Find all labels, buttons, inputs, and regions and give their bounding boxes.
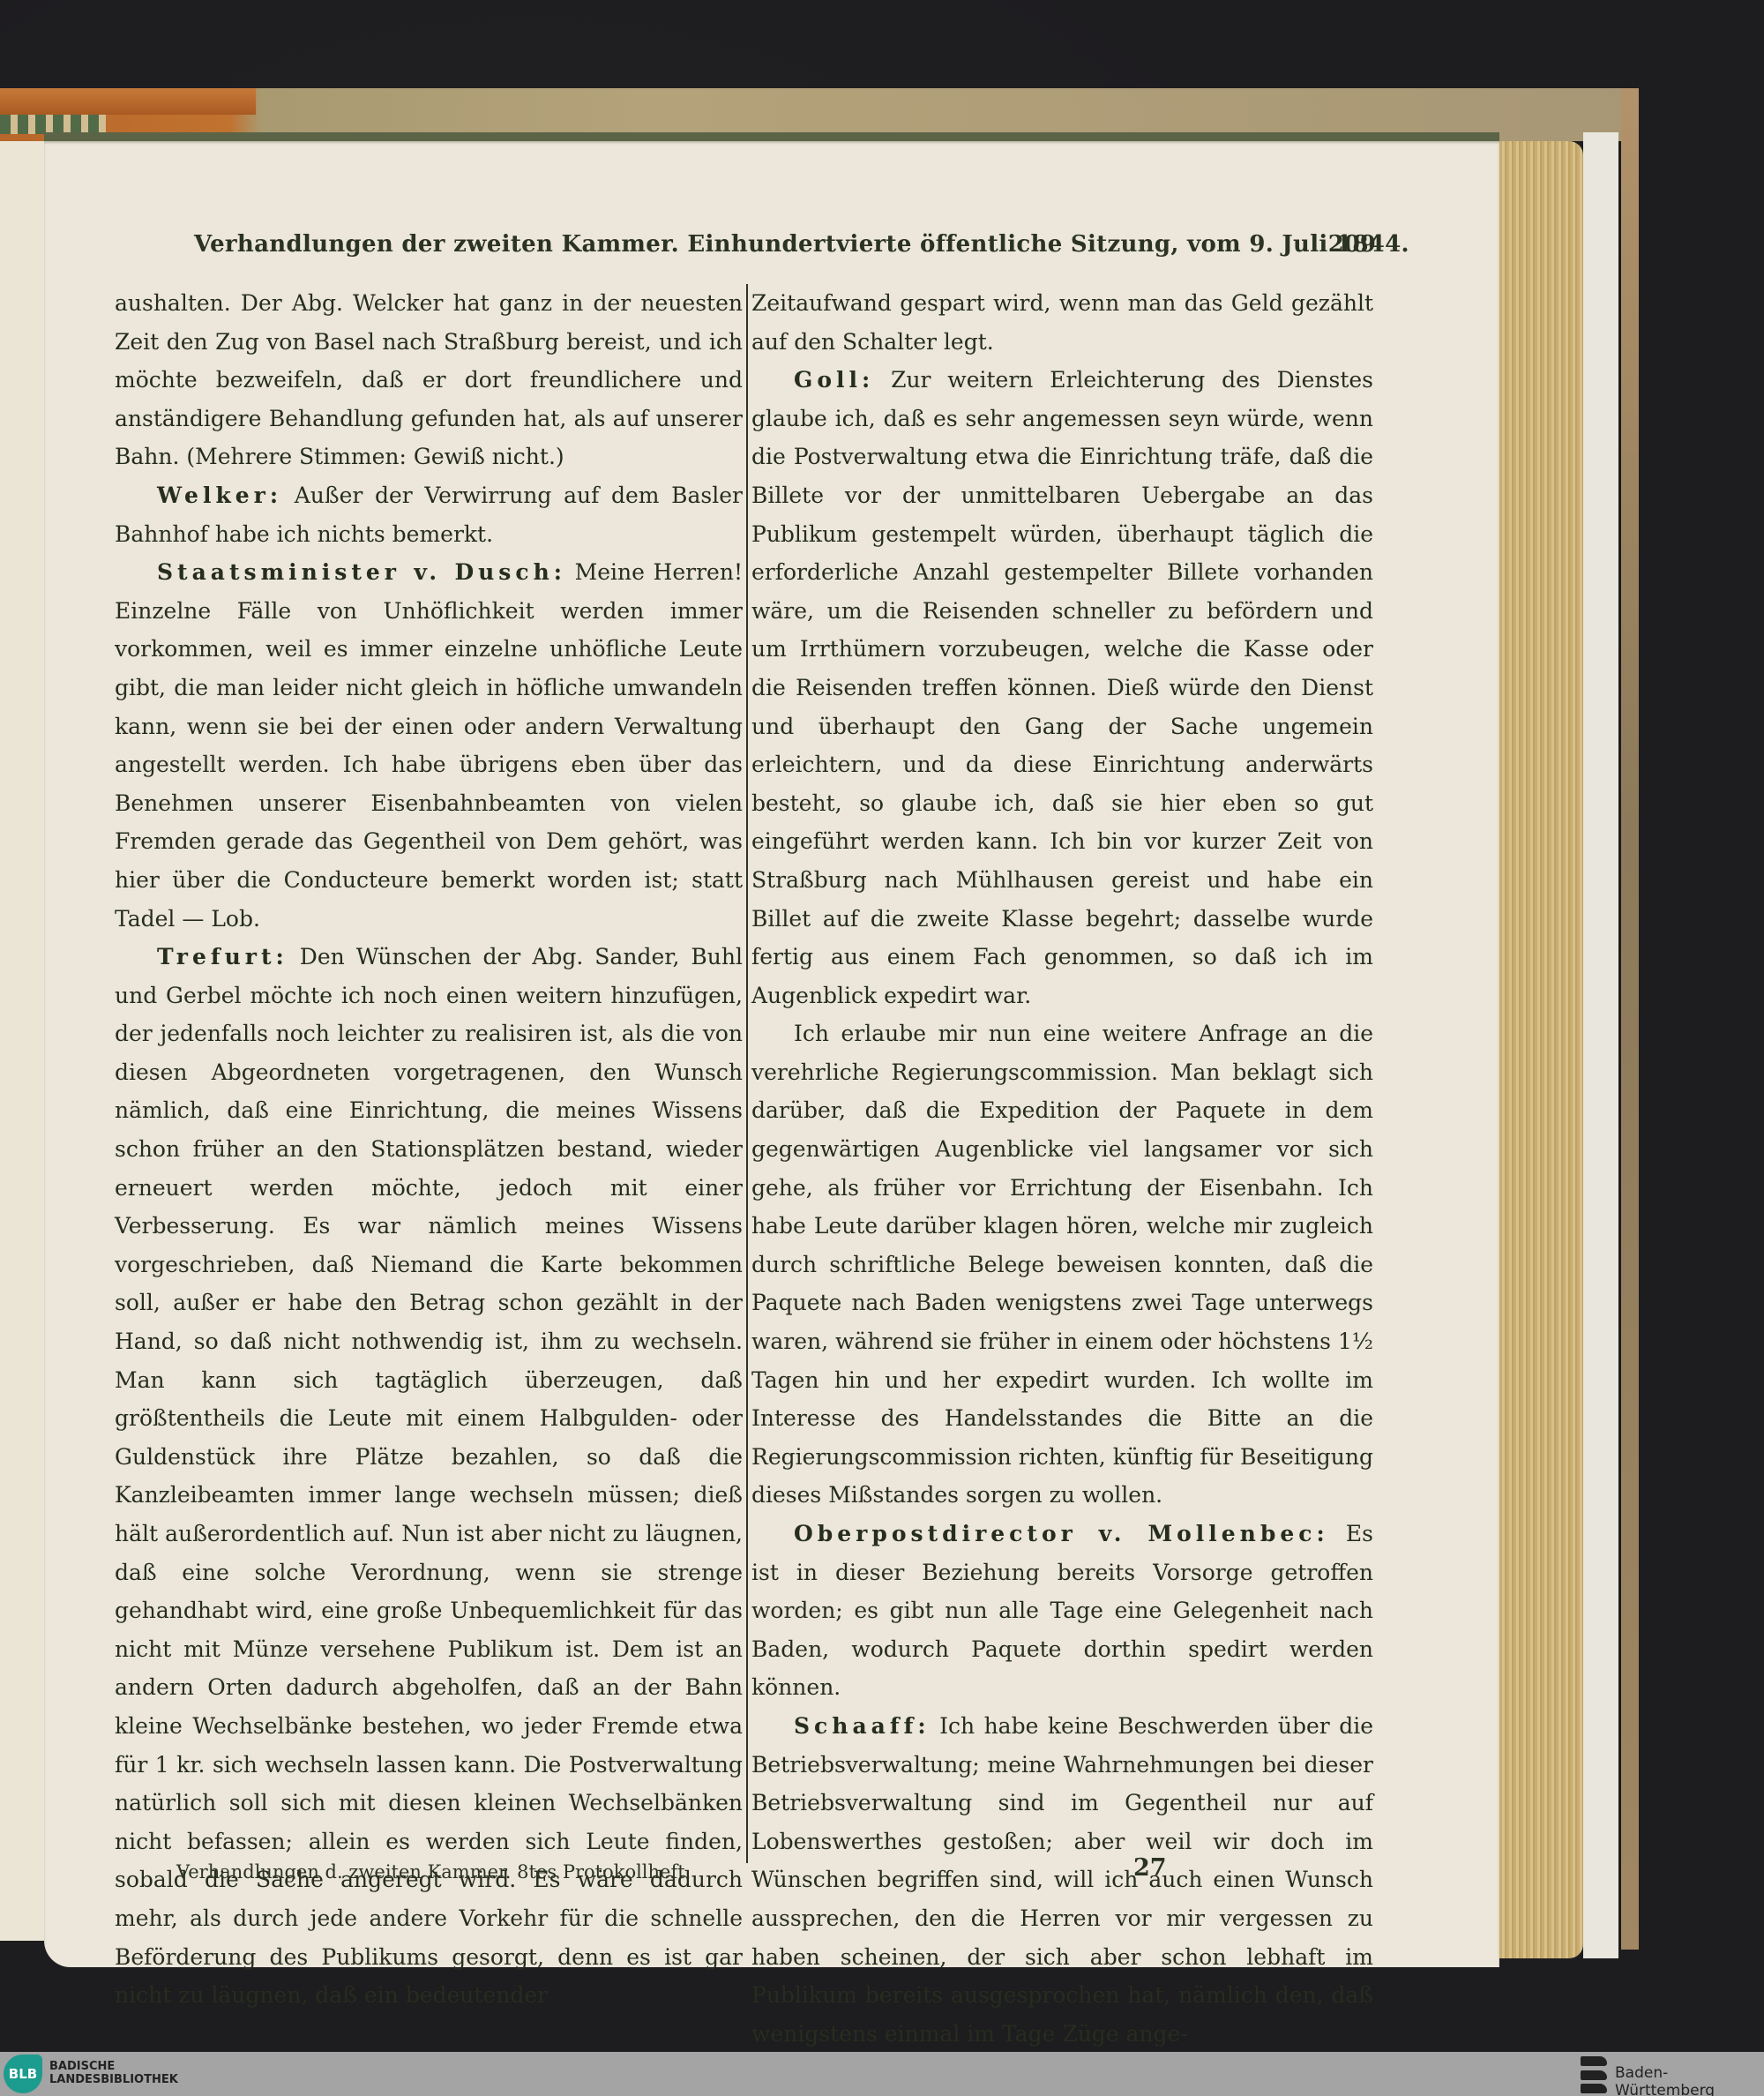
paragraph-text: Meine Herren! Einzelne Fälle von Unhöfli… bbox=[115, 559, 743, 931]
speaker-name: Goll: bbox=[794, 367, 874, 393]
paragraph: Zeitaufwand gespart wird, wenn man das G… bbox=[751, 284, 1373, 361]
running-head: Verhandlungen der zweiten Kammer. Einhun… bbox=[194, 231, 1376, 266]
speaker-name: Schaaff: bbox=[794, 1713, 931, 1739]
column-divider bbox=[746, 284, 748, 1863]
speaker-name: Welker: bbox=[157, 483, 282, 508]
library-name-line1: BADISCHE bbox=[49, 2060, 178, 2073]
page-block-edges bbox=[1499, 141, 1583, 1958]
paragraph: Trefurt: Den Wünschen der Abg. Sander, B… bbox=[115, 938, 743, 2015]
paragraph-text: Ich erlaube mir nun eine weitere Anfrage… bbox=[751, 1021, 1373, 1508]
speaker-name: Oberpostdirector v. Mollenbec: bbox=[794, 1521, 1329, 1546]
book-cover-right-edge bbox=[1621, 88, 1639, 1950]
state-name[interactable]: Baden-Württemberg bbox=[1615, 2064, 1764, 2096]
paragraph: Welker: Außer der Verwirrung auf dem Bas… bbox=[115, 476, 743, 553]
paragraph-text: Es ist in dieser Beziehung bereits Vorso… bbox=[751, 1521, 1373, 1700]
speaker-name: Staatsminister v. Dusch: bbox=[157, 559, 566, 585]
paragraph-text: aushalten. Der Abg. Welcker hat ganz in … bbox=[115, 290, 743, 469]
book-spine-band bbox=[0, 88, 256, 115]
paragraph-text: Zeitaufwand gespart wird, wenn man das G… bbox=[751, 290, 1373, 355]
paragraph-text: Zur weitern Erleichterung des Dienstes g… bbox=[751, 367, 1373, 1008]
facing-page-edge bbox=[0, 141, 46, 1941]
running-head-title: Verhandlungen der zweiten Kammer. Einhun… bbox=[194, 231, 1409, 258]
signature-line: Verhandlungen d. zweiten Kammer. 8tes Pr… bbox=[176, 1861, 691, 1883]
paragraph: Goll: Zur weitern Erleichterung des Dien… bbox=[751, 361, 1373, 1014]
speaker-name: Trefurt: bbox=[157, 944, 288, 969]
library-name-line2: LANDESBIBLIOTHEK bbox=[49, 2073, 178, 2086]
paragraph: Staatsminister v. Dusch: Meine Herren! E… bbox=[115, 553, 743, 938]
viewer-branding-bar: BLB BADISCHE LANDESBIBLIOTHEK Baden-Würt… bbox=[0, 2052, 1764, 2096]
page-number: 209 bbox=[1328, 231, 1376, 258]
flyleaf-edge bbox=[1583, 132, 1618, 1958]
signature-number: 27 bbox=[1133, 1854, 1167, 1882]
paragraph-text: Den Wünschen der Abg. Sander, Buhl und G… bbox=[115, 944, 743, 2008]
text-column-right: Zeitaufwand gespart wird, wenn man das G… bbox=[751, 284, 1373, 2053]
text-column-left: aushalten. Der Abg. Welcker hat ganz in … bbox=[115, 284, 743, 2015]
paragraph: Ich erlaube mir nun eine weitere Anfrage… bbox=[751, 1014, 1373, 1515]
blb-logo-icon[interactable]: BLB bbox=[4, 2055, 42, 2093]
paragraph: aushalten. Der Abg. Welcker hat ganz in … bbox=[115, 284, 743, 476]
marbled-edge bbox=[0, 115, 106, 134]
paragraph: Oberpostdirector v. Mollenbec: Es ist in… bbox=[751, 1515, 1373, 1707]
library-name[interactable]: BADISCHE LANDESBIBLIOTHEK bbox=[49, 2060, 178, 2086]
paragraph: Schaaff: Ich habe keine Beschwerden über… bbox=[751, 1707, 1373, 2053]
paragraph-text: Ich habe keine Beschwerden über die Betr… bbox=[751, 1713, 1373, 2047]
baden-wuerttemberg-lions-icon bbox=[1581, 2056, 1607, 2093]
